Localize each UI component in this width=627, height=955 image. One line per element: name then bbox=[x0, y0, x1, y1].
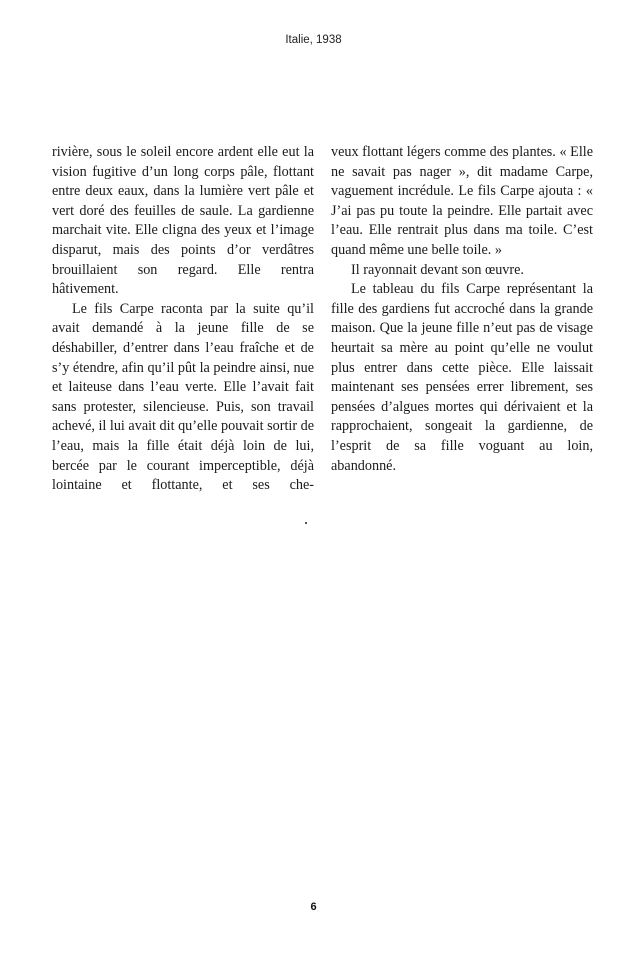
paragraph: rivière, sous le soleil encore ardent el… bbox=[52, 143, 314, 300]
paragraph: Le fils Carpe raconta par la suite qu’il… bbox=[52, 300, 314, 496]
paragraph: Il rayonnait devant son œuvre. bbox=[331, 261, 593, 281]
paragraph: Le tableau du fils Carpe représentant la… bbox=[331, 280, 593, 476]
running-head: Italie, 1938 bbox=[0, 34, 627, 46]
paragraph: veux flottant légers comme des plantes. … bbox=[331, 143, 593, 261]
text-column-left: rivière, sous le soleil encore ardent el… bbox=[52, 143, 314, 496]
text-column-right: veux flottant légers comme des plantes. … bbox=[331, 143, 593, 476]
stray-mark bbox=[305, 522, 307, 524]
page-number: 6 bbox=[0, 901, 627, 913]
